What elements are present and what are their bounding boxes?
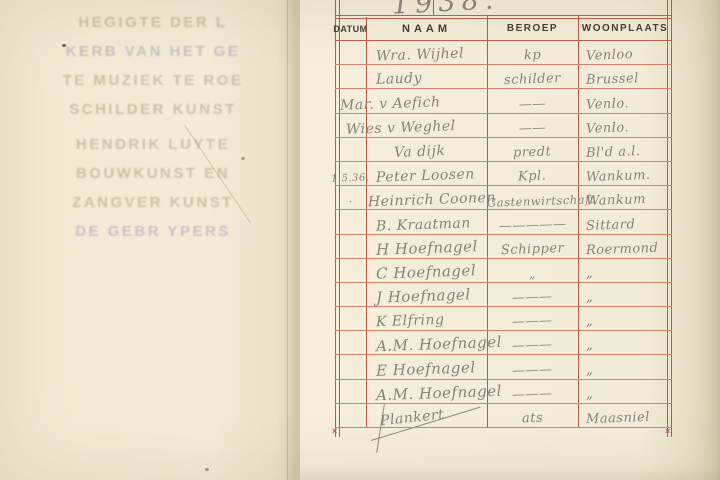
table-row: Va dijk predt Bl'd a.l. — [335, 137, 672, 161]
table-gridline — [335, 64, 672, 65]
cell-naam: J Hoefnagel — [366, 282, 487, 306]
cell-naam: Peter Loosen — [366, 161, 487, 185]
cell-datum — [335, 379, 366, 403]
cell-woonplaats: Maasniel — [578, 403, 672, 427]
cell-woonplaats: Brussel — [578, 64, 672, 88]
cell-datum — [335, 258, 366, 282]
table-row: E Hoefnagel ——— „ — [335, 354, 672, 378]
cell-beroep: —— — [487, 88, 578, 112]
left-page: HEGIGTE DER L KERB VAN HET GE TE MUZIEK … — [0, 0, 300, 480]
cell-beroep: predt — [487, 137, 578, 161]
table-gridline — [335, 258, 672, 259]
table-gridline — [335, 234, 672, 235]
paper-speck — [241, 157, 245, 160]
table-row: 1.5.36. Peter Loosen Kpl. Wankum. — [335, 161, 672, 185]
cell-beroep: ——— — [487, 282, 578, 306]
cell-woonplaats: Roermond — [578, 234, 672, 258]
cell-beroep: —— — [487, 113, 578, 137]
cell-datum — [335, 234, 366, 258]
ghost-text-line: TE MUZIEK TE ROE — [48, 66, 258, 95]
cell-datum — [335, 282, 366, 306]
table-row: J Hoefnagel ——— „ — [335, 282, 672, 306]
cell-naam: H Hoefnagel — [366, 234, 487, 258]
table-gridline — [335, 40, 672, 41]
table-gridline — [335, 282, 672, 283]
cell-datum — [335, 137, 366, 161]
cell-woonplaats: „ — [578, 354, 672, 378]
table-row: B. Kraatman ————— Sittard — [335, 209, 672, 233]
cell-woonplaats: Venlo. — [578, 88, 672, 112]
cell-woonplaats: Bl'd a.l. — [578, 137, 672, 161]
cell-naam: Va dijk — [366, 137, 487, 161]
cell-naam: Laudy — [366, 64, 487, 88]
cell-woonplaats: „ — [578, 282, 672, 306]
cell-naam: K Elfring — [366, 306, 487, 330]
cell-woonplaats: „ — [578, 258, 672, 282]
table-row: A.M. Hoefnagel ——— „ — [335, 379, 672, 403]
cell-beroep: „ — [487, 258, 578, 282]
table-row: Wies v Weghel —— Venlo. — [335, 113, 672, 137]
paper-speck — [205, 468, 209, 471]
table-gridline — [433, 0, 434, 15]
ghost-text-line: HENDRIK LUYTE — [48, 130, 258, 159]
table-gridline — [335, 354, 672, 355]
cell-woonplaats: Venlo. — [578, 113, 672, 137]
cell-woonplaats: Sittard — [578, 209, 672, 233]
cell-naam: A.M. Hoefnagel — [366, 330, 487, 354]
table-row: Wra. Wijhel kp Venloo — [335, 40, 672, 64]
table-gridline — [335, 113, 672, 114]
register-table: DATUM NAAM BEROEP WOONPLAATS Wra. Wijhel… — [335, 0, 672, 460]
cell-naam: B. Kraatman — [366, 209, 487, 233]
cell-woonplaats: Venloo — [578, 40, 672, 64]
cell-datum — [335, 64, 366, 88]
cell-naam: Wra. Wijhel — [366, 40, 487, 64]
table-gridline — [335, 185, 672, 186]
table-gridline — [335, 88, 672, 89]
table-row: K Elfring ——— „ — [335, 306, 672, 330]
ghost-text-line: DE GEBR YPERS — [48, 217, 258, 246]
cell-beroep: Kpl. — [487, 161, 578, 185]
table-gridline — [335, 330, 672, 331]
ghost-text-block: HEGIGTE DER L KERB VAN HET GE TE MUZIEK … — [48, 8, 258, 246]
cell-naam: A.M. Hoefnagel — [366, 379, 487, 403]
table-header-row: DATUM NAAM BEROEP WOONPLAATS — [335, 17, 672, 40]
header-cell-beroep: BEROEP — [487, 17, 578, 40]
table-gridline — [335, 379, 672, 380]
cell-datum — [335, 354, 366, 378]
cell-woonplaats: „ — [578, 330, 672, 354]
cell-woonplaats: Wankum — [578, 185, 672, 209]
cell-naam: Mar. v Aefich — [366, 88, 487, 112]
cell-woonplaats: Wankum. — [578, 161, 672, 185]
cell-woonplaats: „ — [578, 379, 672, 403]
scanned-guestbook-photo: HEGIGTE DER L KERB VAN HET GE TE MUZIEK … — [0, 0, 720, 480]
ghost-text-line: BOUWKUNST EN — [48, 159, 258, 188]
table-gridline — [335, 427, 672, 428]
ghost-text-line: KERB VAN HET GE — [48, 37, 258, 66]
cell-datum: · — [335, 185, 366, 209]
table-row: H Hoefnagel Schipper Roermond — [335, 234, 672, 258]
cell-naam: C Hoefnagel — [366, 258, 487, 282]
cell-naam: E Hoefnagel — [366, 354, 487, 378]
cell-beroep: schilder — [487, 64, 578, 88]
ghost-text-line: HEGIGTE DER L — [48, 8, 258, 37]
cell-datum — [335, 40, 366, 64]
table-gridline — [335, 209, 672, 210]
cell-beroep: Gastenwirtschaft — [487, 185, 578, 209]
table-gridline — [335, 137, 672, 138]
table-row: Plankert ats Maasniel — [335, 403, 672, 427]
table-gridline — [335, 306, 672, 307]
table-gridline — [335, 161, 672, 162]
cell-beroep: kp — [487, 40, 578, 64]
cell-beroep: ——— — [487, 354, 578, 378]
cell-beroep: ——— — [487, 306, 578, 330]
header-cell-datum: DATUM — [335, 17, 366, 40]
cell-beroep: Schipper — [487, 234, 578, 258]
cell-naam: Heinrich Coonen — [366, 185, 487, 209]
cell-datum — [335, 403, 366, 427]
header-cell-naam: NAAM — [366, 17, 487, 40]
table-row: A.M. Hoefnagel ——— „ — [335, 330, 672, 354]
cell-woonplaats: „ — [578, 306, 672, 330]
cell-naam: Wies v Weghel — [366, 113, 487, 137]
cell-datum — [335, 330, 366, 354]
right-page: 1938. DATUM NAAM BEROEP WOONPLAATS Wra. … — [300, 0, 720, 480]
cell-datum — [335, 209, 366, 233]
table-row: Mar. v Aefich —— Venlo. — [335, 88, 672, 112]
table-row: C Hoefnagel „ „ — [335, 258, 672, 282]
table-row: · Heinrich Coonen Gastenwirtschaft Wanku… — [335, 185, 672, 209]
cell-beroep: ats — [487, 403, 578, 427]
table-gridline — [335, 15, 672, 16]
ghost-text-line: ZANGVER KUNST — [48, 188, 258, 217]
header-cell-woonplaats: WOONPLAATS — [578, 17, 672, 40]
ghost-text-line: SCHILDER KUNST — [48, 95, 258, 124]
cell-beroep: ————— — [487, 209, 578, 233]
table-gridline — [335, 403, 672, 404]
table-row: Laudy schilder Brussel — [335, 64, 672, 88]
paper-speck — [62, 44, 66, 47]
cell-datum: 1.5.36. — [335, 161, 366, 185]
cell-datum — [335, 306, 366, 330]
